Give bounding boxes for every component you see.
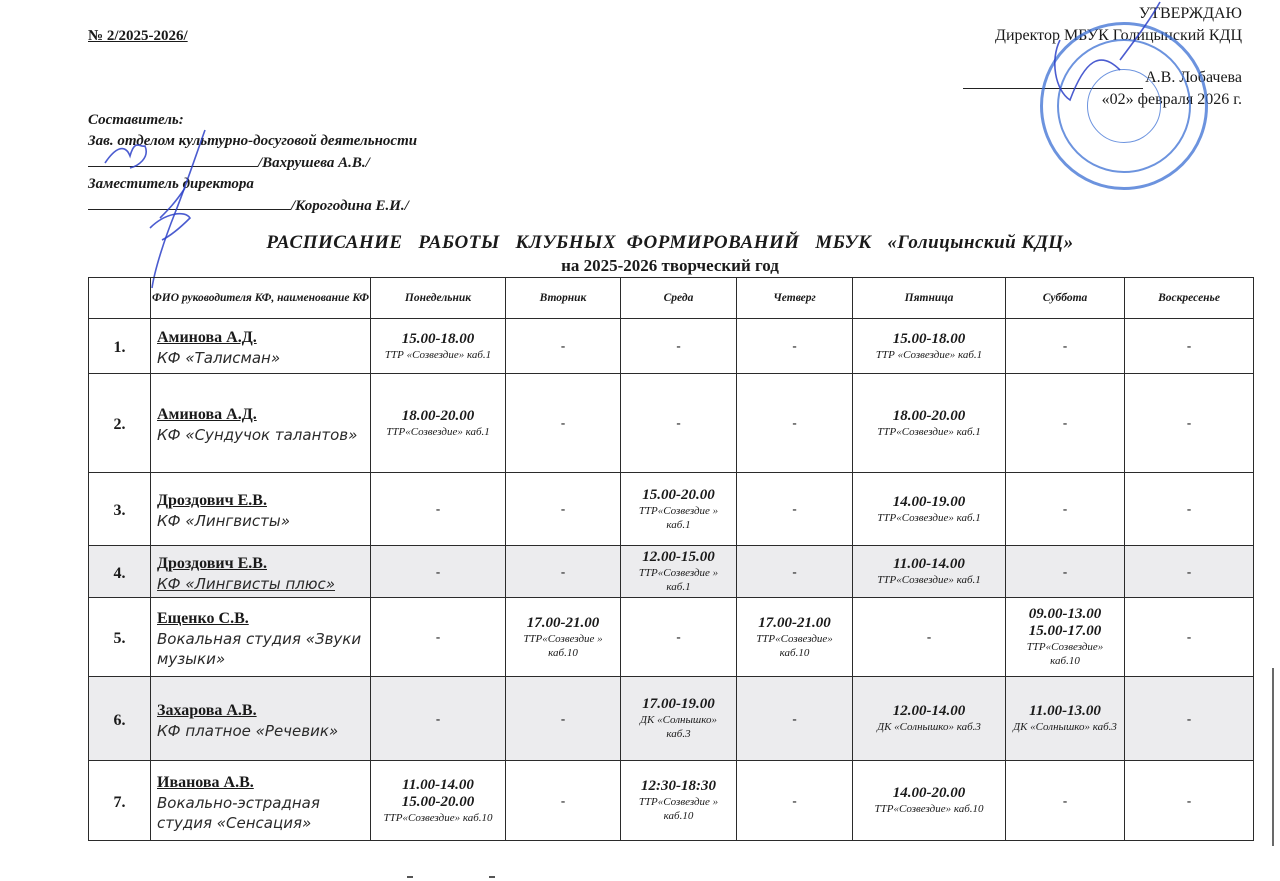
leader-name: Аминова А.Д. xyxy=(157,328,366,348)
session-time: 14.00-20.00 xyxy=(853,785,1005,802)
leader-name: Ещенко С.В. xyxy=(157,609,366,629)
session-location: ТТР «Созвездие» каб.1 xyxy=(853,348,1005,362)
no-session-dash: - xyxy=(436,711,440,726)
no-session-dash: - xyxy=(792,711,796,726)
leader-cell: Аминова А.Д.КФ «Талисман» xyxy=(151,319,371,374)
no-session-dash: - xyxy=(561,338,565,353)
table-row: 6.Захарова А.В.КФ платное «Речевик»--17.… xyxy=(89,677,1254,761)
page-title: РАСПИСАНИЕ РАБОТЫ КЛУБНЫХ ФОРМИРОВАНИЙ М… xyxy=(0,232,1280,254)
session-time: 15.00-17.00 xyxy=(1006,623,1124,640)
schedule-cell: - xyxy=(1125,761,1254,841)
table-row: 5.Ещенко С.В.Вокальная студия «Звуки муз… xyxy=(89,598,1254,677)
session-time: 15.00-18.00 xyxy=(853,331,1005,348)
leader-cell: Иванова А.В.Вокально-эстрадная студия «С… xyxy=(151,761,371,841)
scan-margin-mark xyxy=(1272,668,1274,846)
session-time: 18.00-20.00 xyxy=(371,408,505,425)
leader-cell: Дроздович Е.В.КФ «Лингвисты плюс» xyxy=(151,546,371,598)
session-location: ТТР«Созвездие » каб.1 xyxy=(621,566,736,594)
no-session-dash: - xyxy=(927,629,931,644)
no-session-dash: - xyxy=(561,711,565,726)
club-name: Вокальная студия «Звуки музыки» xyxy=(157,629,366,669)
column-header-day: Четверг xyxy=(737,278,853,319)
schedule-cell: - xyxy=(1125,319,1254,374)
schedule-cell: - xyxy=(506,677,621,761)
leader-name: Дроздович Е.В. xyxy=(157,554,366,574)
schedule-cell: - xyxy=(853,598,1006,677)
no-session-dash: - xyxy=(1187,415,1191,430)
leader-name: Аминова А.Д. xyxy=(157,405,366,425)
schedule-cell: - xyxy=(1006,546,1125,598)
session-time: 17.00-19.00 xyxy=(621,696,736,713)
schedule-cell: 12.00-15.00ТТР«Созвездие » каб.1 xyxy=(621,546,737,598)
schedule-cell: - xyxy=(737,761,853,841)
no-session-dash: - xyxy=(1187,629,1191,644)
scan-speck xyxy=(407,876,413,878)
session-time: 15.00-20.00 xyxy=(371,794,505,811)
session-time: 17.00-21.00 xyxy=(506,615,620,632)
schedule-table: ФИО руководителя КФ, наименование КФПоне… xyxy=(88,277,1254,841)
schedule-cell: 15.00-20.00ТТР«Созвездие » каб.1 xyxy=(621,473,737,546)
column-header-day: Вторник xyxy=(506,278,621,319)
schedule-cell: 18.00-20.00ТТР«Созвездие» каб.1 xyxy=(371,374,506,473)
session-location: ТТР «Созвездие» каб.1 xyxy=(371,348,505,362)
session-location: ДК «Солнышко» каб.3 xyxy=(853,720,1005,734)
schedule-cell: 11.00-14.0015.00-20.00ТТР«Созвездие» каб… xyxy=(371,761,506,841)
scan-speck xyxy=(489,876,495,878)
schedule-cell: - xyxy=(1006,319,1125,374)
no-session-dash: - xyxy=(1187,501,1191,516)
compiler-name-2: /Корогодина Е.И./ xyxy=(291,198,409,214)
no-session-dash: - xyxy=(676,629,680,644)
session-time: 11.00-14.00 xyxy=(371,777,505,794)
schedule-cell: 17.00-21.00ТТР«Созвездие » каб.10 xyxy=(506,598,621,677)
table-row: 7.Иванова А.В.Вокально-эстрадная студия … xyxy=(89,761,1254,841)
leader-name: Захарова А.В. xyxy=(157,701,366,721)
session-location: ТТР«Созвездие» каб.10 xyxy=(371,811,505,825)
session-time: 09.00-13.00 xyxy=(1006,606,1124,623)
no-session-dash: - xyxy=(676,415,680,430)
no-session-dash: - xyxy=(792,793,796,808)
no-session-dash: - xyxy=(1063,793,1067,808)
leader-name: Иванова А.В. xyxy=(157,773,366,793)
schedule-cell: - xyxy=(371,473,506,546)
document-number: № 2/2025-2026/ xyxy=(88,28,188,45)
no-session-dash: - xyxy=(1063,564,1067,579)
no-session-dash: - xyxy=(1187,793,1191,808)
schedule-cell: 12.00-14.00ДК «Солнышко» каб.3 xyxy=(853,677,1006,761)
schedule-cell: 17.00-21.00ТТР«Созвездие» каб.10 xyxy=(737,598,853,677)
no-session-dash: - xyxy=(561,415,565,430)
schedule-cell: - xyxy=(371,546,506,598)
leader-cell: Захарова А.В.КФ платное «Речевик» xyxy=(151,677,371,761)
schedule-cell: 09.00-13.0015.00-17.00ТТР«Созвездие» каб… xyxy=(1006,598,1125,677)
row-number: 7. xyxy=(89,761,151,841)
schedule-cell: - xyxy=(1006,473,1125,546)
schedule-cell: - xyxy=(1125,473,1254,546)
column-header-leader: ФИО руководителя КФ, наименование КФ xyxy=(151,278,371,319)
session-location: ТТР«Созвездие» каб.1 xyxy=(853,573,1005,587)
table-row: 2.Аминова А.Д.КФ «Сундучок талантов»18.0… xyxy=(89,374,1254,473)
session-time: 12.00-14.00 xyxy=(853,703,1005,720)
row-number: 5. xyxy=(89,598,151,677)
session-time: 15.00-18.00 xyxy=(371,331,505,348)
schedule-cell: - xyxy=(1125,598,1254,677)
table-header-row: ФИО руководителя КФ, наименование КФПоне… xyxy=(89,278,1254,319)
schedule-cell: - xyxy=(1006,761,1125,841)
schedule-cell: 14.00-19.00ТТР«Созвездие» каб.1 xyxy=(853,473,1006,546)
club-name: КФ «Лингвисты плюс» xyxy=(157,574,366,594)
schedule-cell: - xyxy=(506,546,621,598)
no-session-dash: - xyxy=(1187,711,1191,726)
no-session-dash: - xyxy=(561,793,565,808)
session-time: 18.00-20.00 xyxy=(853,408,1005,425)
row-number: 3. xyxy=(89,473,151,546)
compiler-name-1: /Вахрушева А.В./ xyxy=(258,155,370,171)
column-header-number xyxy=(89,278,151,319)
schedule-cell: - xyxy=(1125,374,1254,473)
session-location: ТТР«Созвездие » каб.10 xyxy=(506,632,620,660)
schedule-cell: - xyxy=(621,374,737,473)
schedule-cell: - xyxy=(621,598,737,677)
schedule-cell: 17.00-19.00ДК «Солнышко» каб.3 xyxy=(621,677,737,761)
column-header-day: Суббота xyxy=(1006,278,1125,319)
row-number: 2. xyxy=(89,374,151,473)
row-number: 6. xyxy=(89,677,151,761)
no-session-dash: - xyxy=(1063,415,1067,430)
no-session-dash: - xyxy=(792,501,796,516)
schedule-cell: 15.00-18.00ТТР «Созвездие» каб.1 xyxy=(371,319,506,374)
column-header-day: Понедельник xyxy=(371,278,506,319)
session-location: ТТР«Созвездие» каб.1 xyxy=(853,425,1005,439)
no-session-dash: - xyxy=(1187,338,1191,353)
session-time: 12:30-18:30 xyxy=(621,778,736,795)
schedule-cell: - xyxy=(621,319,737,374)
schedule-cell: 15.00-18.00ТТР «Созвездие» каб.1 xyxy=(853,319,1006,374)
club-name: КФ «Сундучок талантов» xyxy=(157,425,366,445)
leader-name: Дроздович Е.В. xyxy=(157,491,366,511)
schedule-cell: 14.00-20.00ТТР«Созвездие» каб.10 xyxy=(853,761,1006,841)
column-header-day: Воскресенье xyxy=(1125,278,1254,319)
page-subtitle: на 2025-2026 творческий год xyxy=(0,256,1280,276)
schedule-cell: 11.00-14.00ТТР«Созвездие» каб.1 xyxy=(853,546,1006,598)
no-session-dash: - xyxy=(436,564,440,579)
schedule-cell: - xyxy=(1125,677,1254,761)
schedule-cell: - xyxy=(371,677,506,761)
column-header-day: Пятница xyxy=(853,278,1006,319)
table-row: 1.Аминова А.Д.КФ «Талисман»15.00-18.00ТТ… xyxy=(89,319,1254,374)
schedule-cell: - xyxy=(737,374,853,473)
session-location: ТТР«Созвездие» каб.10 xyxy=(737,632,852,660)
club-name: КФ платное «Речевик» xyxy=(157,721,366,741)
row-number: 1. xyxy=(89,319,151,374)
schedule-cell: - xyxy=(737,546,853,598)
schedule-cell: - xyxy=(1006,374,1125,473)
session-location: ДК «Солнышко» каб.3 xyxy=(621,713,736,741)
session-time: 14.00-19.00 xyxy=(853,494,1005,511)
schedule-cell: 18.00-20.00ТТР«Созвездие» каб.1 xyxy=(853,374,1006,473)
schedule-cell: - xyxy=(506,761,621,841)
no-session-dash: - xyxy=(436,629,440,644)
leader-cell: Аминова А.Д.КФ «Сундучок талантов» xyxy=(151,374,371,473)
no-session-dash: - xyxy=(1063,501,1067,516)
session-location: ТТР«Созвездие» каб.10 xyxy=(1006,640,1124,668)
club-name: КФ «Талисман» xyxy=(157,348,366,368)
schedule-cell: - xyxy=(506,319,621,374)
no-session-dash: - xyxy=(792,564,796,579)
session-time: 12.00-15.00 xyxy=(621,549,736,566)
session-location: ТТР«Созвездие » каб.1 xyxy=(621,504,736,532)
leader-cell: Дроздович Е.В.КФ «Лингвисты» xyxy=(151,473,371,546)
no-session-dash: - xyxy=(792,338,796,353)
schedule-cell: - xyxy=(737,319,853,374)
no-session-dash: - xyxy=(561,501,565,516)
club-name: КФ «Лингвисты» xyxy=(157,511,366,531)
schedule-cell: - xyxy=(506,473,621,546)
no-session-dash: - xyxy=(792,415,796,430)
column-header-day: Среда xyxy=(621,278,737,319)
schedule-cell: 12:30-18:30ТТР«Созвездие » каб.10 xyxy=(621,761,737,841)
no-session-dash: - xyxy=(1063,338,1067,353)
table-row: 4.Дроздович Е.В.КФ «Лингвисты плюс»--12.… xyxy=(89,546,1254,598)
session-time: 11.00-13.00 xyxy=(1006,703,1124,720)
no-session-dash: - xyxy=(1187,564,1191,579)
schedule-cell: - xyxy=(737,677,853,761)
session-location: ТТР«Созвездие» каб.1 xyxy=(371,425,505,439)
no-session-dash: - xyxy=(436,501,440,516)
session-location: ТТР«Созвездие» каб.10 xyxy=(853,802,1005,816)
schedule-cell: - xyxy=(371,598,506,677)
session-time: 15.00-20.00 xyxy=(621,487,736,504)
row-number: 4. xyxy=(89,546,151,598)
session-location: ТТР«Созвездие » каб.10 xyxy=(621,795,736,823)
session-time: 11.00-14.00 xyxy=(853,556,1005,573)
club-name: Вокально-эстрадная студия «Сенсация» xyxy=(157,793,366,833)
no-session-dash: - xyxy=(561,564,565,579)
director-signature-icon xyxy=(1040,0,1210,130)
schedule-cell: - xyxy=(1125,546,1254,598)
no-session-dash: - xyxy=(676,338,680,353)
leader-cell: Ещенко С.В.Вокальная студия «Звуки музык… xyxy=(151,598,371,677)
schedule-cell: 11.00-13.00ДК «Солнышко» каб.3 xyxy=(1006,677,1125,761)
schedule-cell: - xyxy=(737,473,853,546)
session-time: 17.00-21.00 xyxy=(737,615,852,632)
session-location: ДК «Солнышко» каб.3 xyxy=(1006,720,1124,734)
table-row: 3.Дроздович Е.В.КФ «Лингвисты»--15.00-20… xyxy=(89,473,1254,546)
session-location: ТТР«Созвездие» каб.1 xyxy=(853,511,1005,525)
schedule-cell: - xyxy=(506,374,621,473)
